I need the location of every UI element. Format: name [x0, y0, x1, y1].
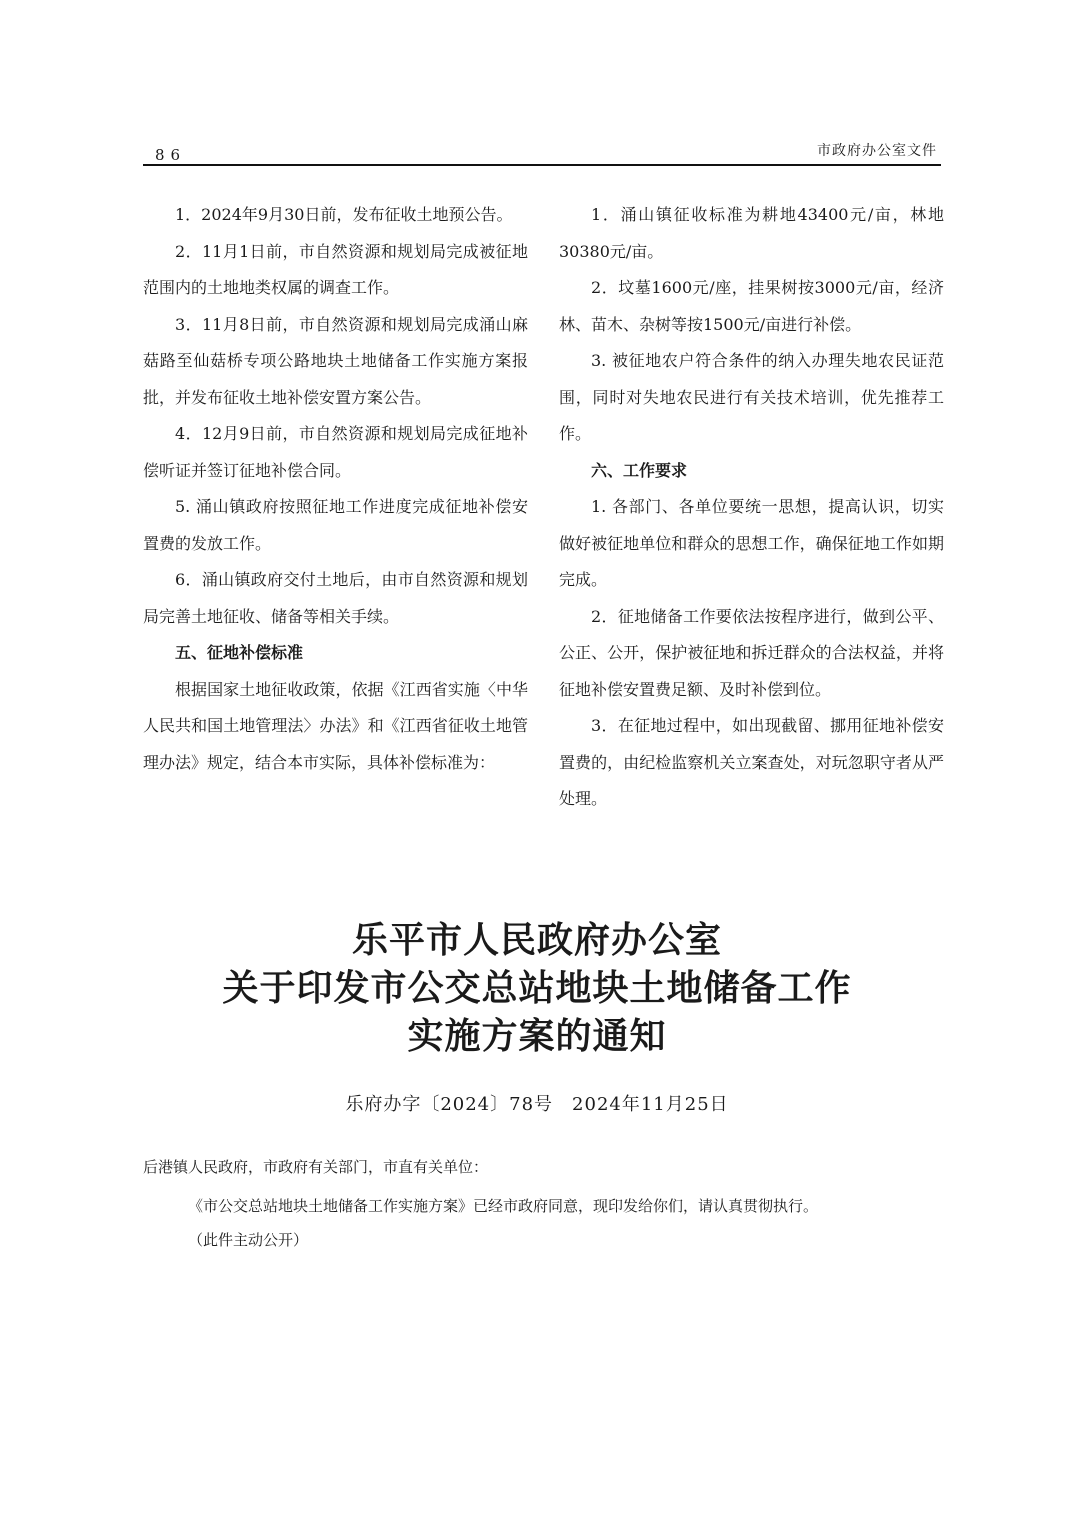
compensation-item: 2．坟墓1600元/座，挂果树按3000元/亩，经济林、苗木、杂树等按1500元…: [559, 270, 944, 343]
requirement-item: 1. 各部门、各单位要统一思想，提高认识，切实做好被征地单位和群众的思想工作，确…: [559, 489, 944, 599]
left-column: 1．2024年9月30日前，发布征收土地预公告。 2．11月1日前，市自然资源和…: [143, 197, 528, 781]
title-line: 关于印发市公交总站地块土地储备工作: [0, 964, 1074, 1012]
section-heading: 五、征地补偿标准: [143, 635, 528, 672]
disclosure-note: （此件主动公开）: [188, 1229, 308, 1250]
section-intro: 根据国家土地征收政策，依据《江西省实施〈中华人民共和国土地管理法〉办法》和《江西…: [143, 672, 528, 782]
schedule-item: 5. 涌山镇政府按照征地工作进度完成征地补偿安置费的发放工作。: [143, 489, 528, 562]
notice-body: 《市公交总站地块土地储备工作实施方案》已经市政府同意，现印发给你们，请认真贯彻执…: [188, 1195, 818, 1216]
schedule-item: 2．11月1日前，市自然资源和规划局完成被征地范围内的土地地类权属的调查工作。: [143, 234, 528, 307]
schedule-item: 3．11月8日前，市自然资源和规划局完成涌山麻菇路至仙菇桥专项公路地块土地储备工…: [143, 307, 528, 417]
schedule-item: 1．2024年9月30日前，发布征收土地预公告。: [143, 197, 528, 234]
document-number-date: 乐府办字〔2024〕78号 2024年11月25日: [0, 1090, 1074, 1116]
right-column: 1．涌山镇征收标准为耕地43400元/亩，林地30380元/亩。 2．坟墓160…: [559, 197, 944, 818]
requirement-item: 3．在征地过程中，如出现截留、挪用征地补偿安置费的，由纪检监察机关立案查处，对玩…: [559, 708, 944, 818]
title-line: 乐平市人民政府办公室: [0, 916, 1074, 964]
notice-title: 乐平市人民政府办公室 关于印发市公交总站地块土地储备工作 实施方案的通知: [0, 916, 1074, 1060]
title-line: 实施方案的通知: [0, 1012, 1074, 1060]
requirement-item: 2．征地储备工作要依法按程序进行，做到公平、公正、公开，保护被征地和拆迁群众的合…: [559, 599, 944, 709]
page-header: 86 市政府办公室文件: [143, 138, 941, 166]
header-rule: [143, 164, 941, 166]
compensation-item: 3. 被征地农户符合条件的纳入办理失地农民证范围，同时对失地农民进行有关技术培训…: [559, 343, 944, 453]
schedule-item: 4．12月9日前，市自然资源和规划局完成征地补偿听证并签订征地补偿合同。: [143, 416, 528, 489]
addressee: 后港镇人民政府，市政府有关部门，市直有关单位：: [143, 1156, 488, 1177]
section-heading: 六、工作要求: [559, 453, 944, 490]
compensation-item: 1．涌山镇征收标准为耕地43400元/亩，林地30380元/亩。: [559, 197, 944, 270]
page-number: 86: [155, 146, 186, 164]
schedule-item: 6．涌山镇政府交付土地后，由市自然资源和规划局完善土地征收、储备等相关手续。: [143, 562, 528, 635]
document-label: 市政府办公室文件: [817, 140, 937, 160]
